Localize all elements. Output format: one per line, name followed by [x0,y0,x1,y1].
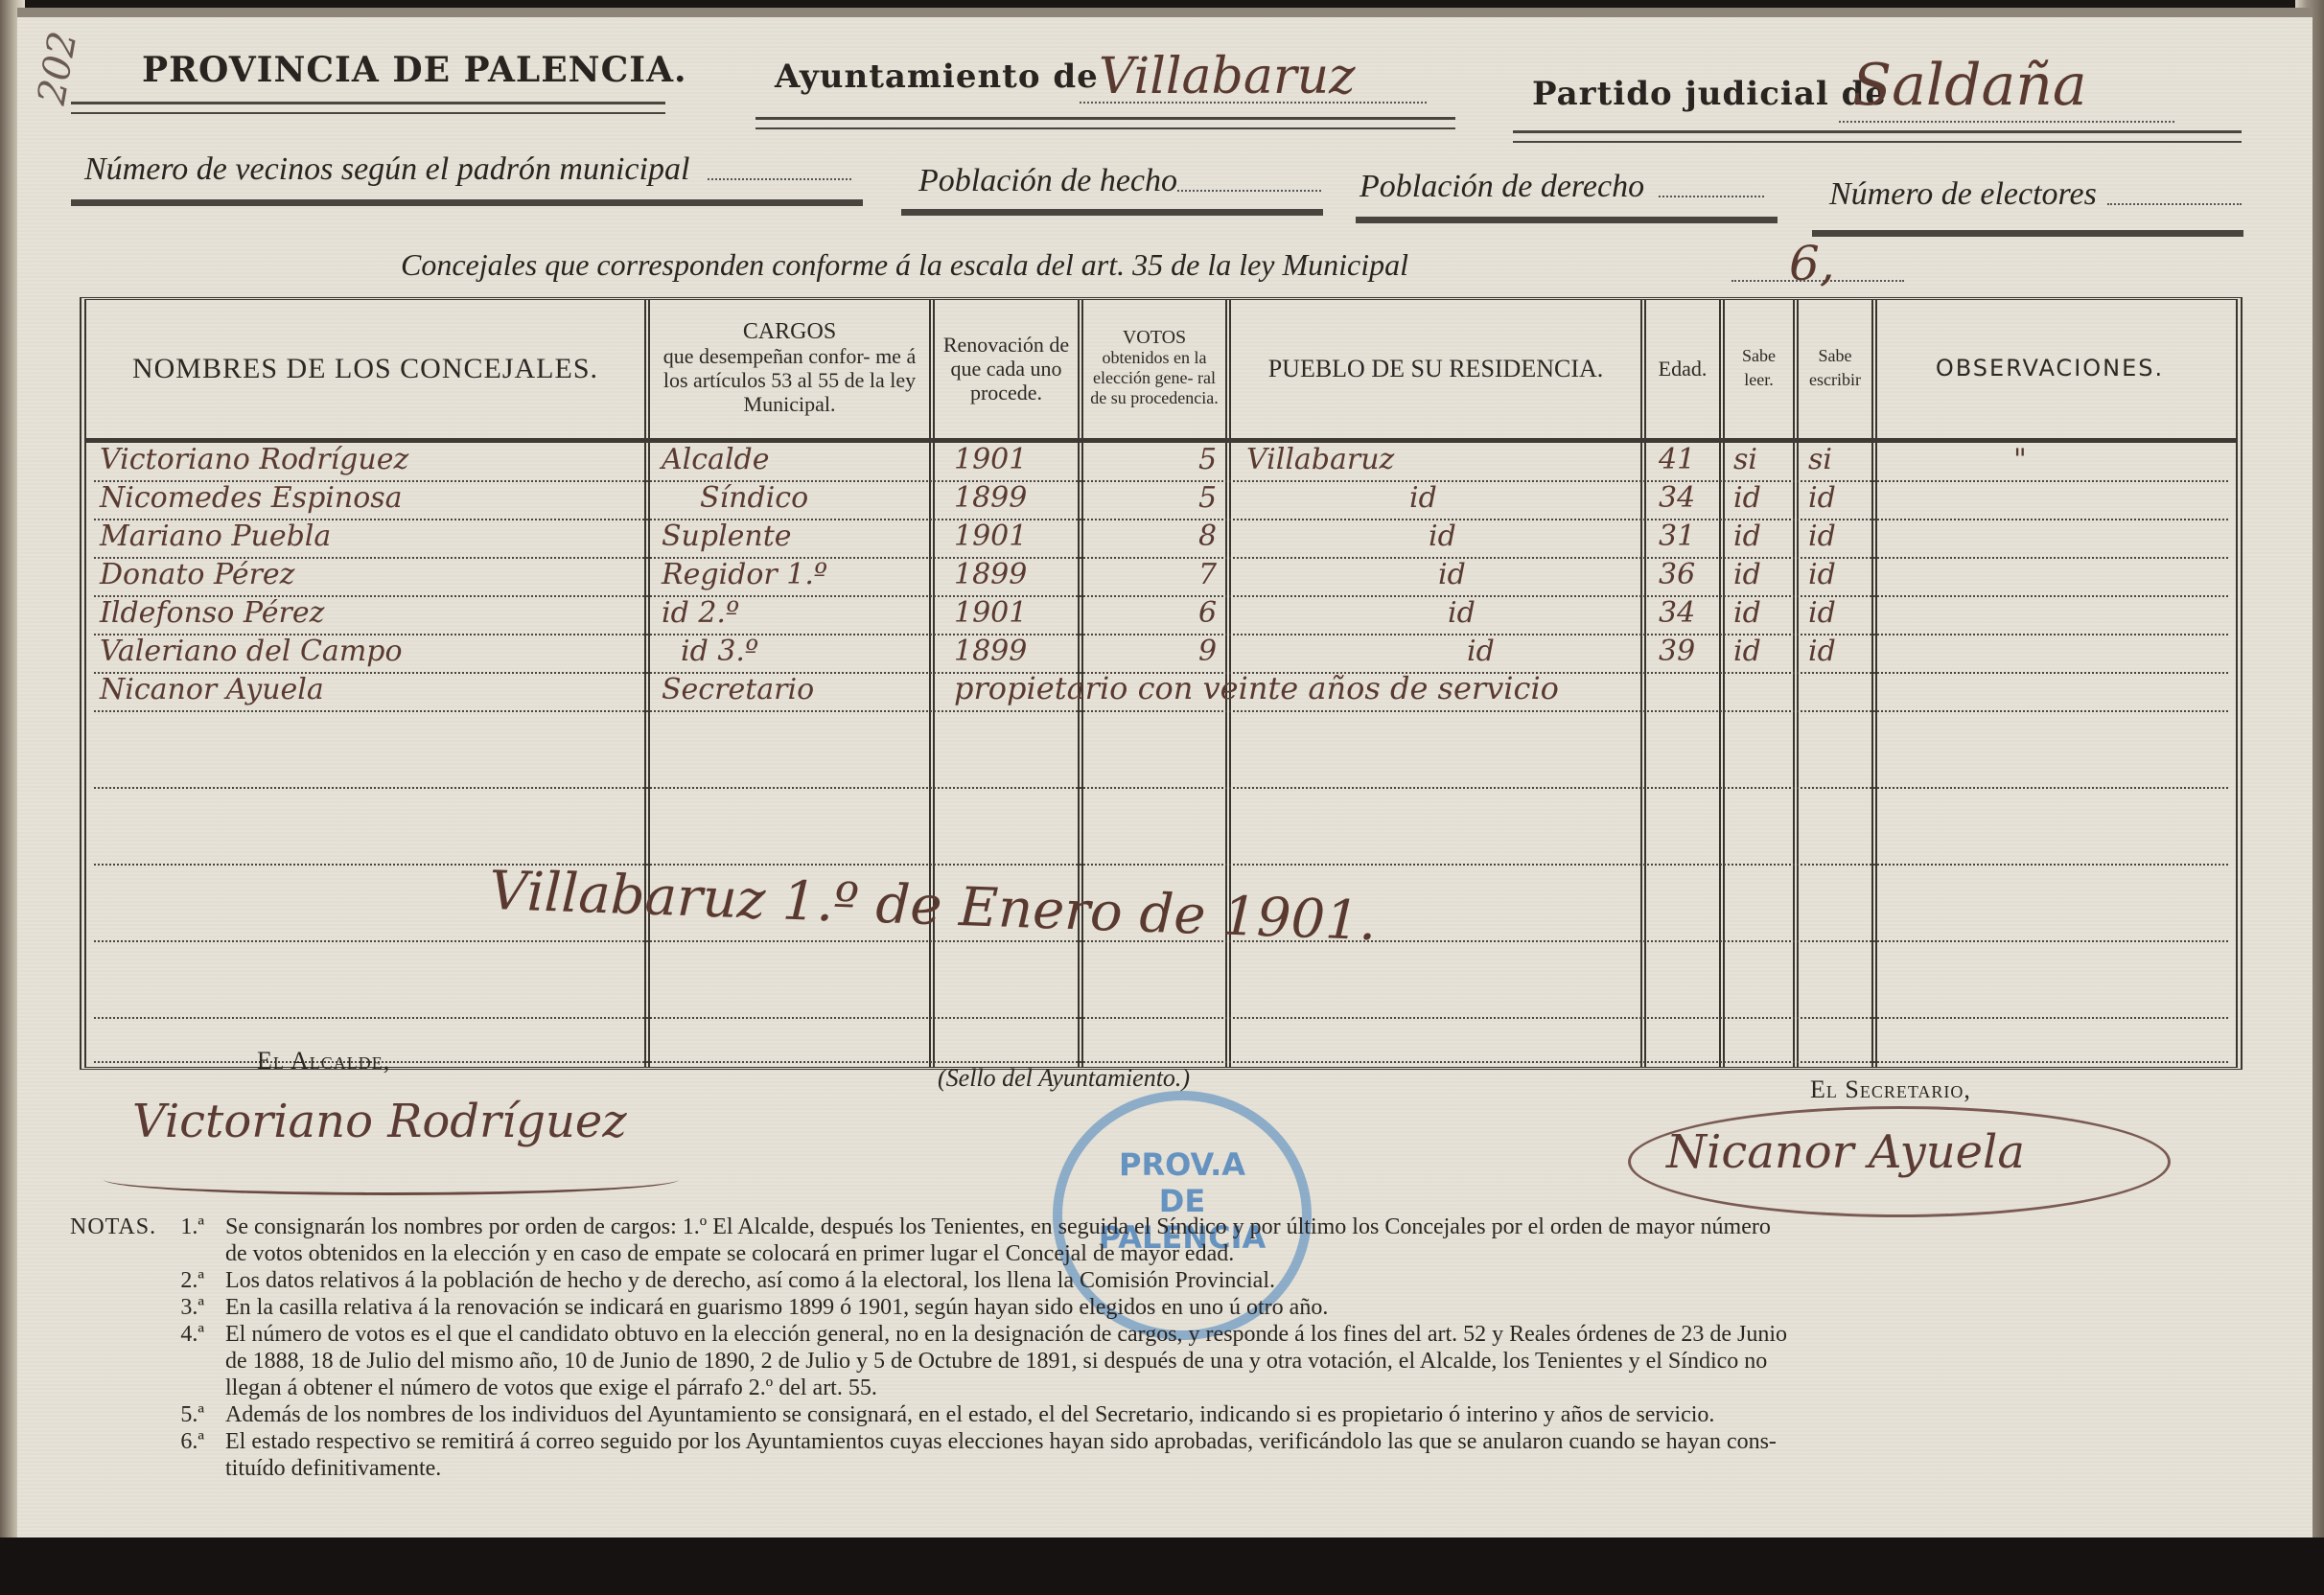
table-row-empty[interactable] [86,751,2236,789]
cell-name: Nicanor Ayuela [100,673,324,706]
cell-name: Valeriano del Campo [100,635,403,668]
cell-pueblo: id [1448,596,1476,630]
cell-pueblo: Villabaruz [1246,443,1394,476]
header-cargos-title: CARGOS [743,320,836,344]
header-pueblo: PUEBLO DE SU RESIDENCIA. [1231,300,1640,436]
electores-field[interactable] [2107,203,2242,205]
concejales-field: 6, [1731,280,1904,282]
note-text: Se consignarán los nombres por orden de … [225,1214,2266,1240]
header-edad: Edad. [1646,300,1719,436]
cell-votos: 7 [1198,558,1217,591]
cell-edad: 34 [1659,596,1695,630]
note-item: 5.ªAdemás de los nombres de los individu… [70,1401,2266,1428]
cell-leer: id [1733,596,1761,630]
header-cargos-sub: que desempeñan confor- me á los artículo… [650,344,929,416]
cell-leer: id [1733,635,1761,668]
cell-escribir: id [1808,635,1836,668]
concejales-value: 6, [1789,236,1835,291]
margin-folio-note: 202 [30,28,86,107]
population-rule [1356,217,1778,223]
concejales-label: Concejales que corresponden conforme á l… [401,247,1408,283]
cell-pueblo: id [1429,520,1456,553]
header-names: NOMBRES DE LOS CONCEJALES. [86,300,644,436]
note-text: Además de los nombres de los individuos … [225,1401,2266,1428]
population-rule [901,209,1323,216]
cell-votos: 5 [1198,481,1217,515]
note-item: 3.ªEn la casilla relativa á la renovació… [70,1294,2266,1321]
note-text: El número de votos es el que el candidat… [225,1321,2266,1348]
note-item: 6.ªEl estado respectivo se remitirá á co… [70,1428,2266,1455]
header-rule [1513,130,2242,143]
note-number: 2.ª [70,1267,225,1294]
header-escribir: Sabe escribir [1799,300,1871,436]
cell-obs: " [2013,443,2027,476]
cell-escribir: id [1808,481,1836,515]
note-text-continued: de votos obtenidos en la elección y en c… [70,1240,2266,1267]
cell-leer: si [1733,443,1757,476]
electores-label: Número de electores [1829,176,2097,213]
cell-edad: 34 [1659,481,1695,515]
cell-cargo: Suplente [662,520,792,553]
header-rule [71,102,665,114]
cell-name: Ildefonso Pérez [100,596,324,630]
note-number: 3.ª [70,1294,225,1321]
row-dotted-line [94,710,2228,712]
table-row-empty[interactable] [86,827,2236,866]
cell-votos: 9 [1198,635,1217,668]
cell-escribir: si [1808,443,1832,476]
population-rule [71,199,863,206]
secretario-signature: Nicanor Ayuela [1666,1125,2025,1179]
header-votos-title: VOTOS [1123,328,1186,348]
alcalde-label: El Alcalde, [257,1047,390,1075]
note-item: 4.ªEl número de votos es el que el candi… [70,1321,2266,1348]
ayuntamiento-field: Villabaruz [1080,67,1427,104]
table-row[interactable]: Ildefonso Pérez id 2.º 1901 6 id 34 id i… [86,597,2236,636]
header-cargos: CARGOS que desempeñan confor- me á los a… [650,300,929,436]
note-text-continued: llegan á obtener el número de votos que … [70,1375,2266,1401]
table-row[interactable]: Nicomedes Espinosa Síndico 1899 5 id 34 … [86,482,2236,520]
cell-pueblo: id [1467,635,1495,668]
cell-renovacion: 1899 [954,635,1027,668]
cell-edad: 31 [1659,520,1695,553]
ayuntamiento-label: Ayuntamiento de [775,58,1099,96]
note-item: 2.ªLos datos relativos á la población de… [70,1267,2266,1294]
cell-pueblo: id [1438,558,1466,591]
table-header-rule [86,438,2236,443]
cell-cargo: Secretario [662,673,814,706]
secretary-note: propietario con veinte años de servicio [954,670,1559,706]
row-dotted-line [94,1017,2228,1019]
cell-edad: 39 [1659,635,1695,668]
cell-name: Donato Pérez [100,558,294,591]
cell-escribir: id [1808,558,1836,591]
cell-votos: 6 [1198,596,1217,630]
note-number: 5.ª [70,1401,225,1428]
vecinos-field[interactable] [708,178,851,180]
header-leer: Sabe leer. [1725,300,1793,436]
cell-cargo: Síndico [700,481,808,515]
table-row[interactable]: Valeriano del Campo id 3.º 1899 9 id 39 … [86,636,2236,674]
derecho-field[interactable] [1659,196,1764,197]
partido-field: Saldaña [1839,84,2174,123]
cell-renovacion: 1899 [954,558,1027,591]
alcalde-signature: Victoriano Rodríguez [132,1095,627,1148]
table-row[interactable]: Nicanor Ayuela Secretario propietario co… [86,674,2236,712]
stamp-line: PROV.A [1062,1146,1302,1183]
cell-escribir: id [1808,520,1836,553]
cell-renovacion: 1901 [954,443,1027,476]
header-rule [755,117,1455,129]
derecho-label: Población de derecho [1360,169,1644,205]
note-text: Los datos relativos á la población de he… [225,1267,2266,1294]
cell-renovacion: 1901 [954,520,1027,553]
note-text-continued: de 1888, 18 de Julio del mismo año, 10 d… [70,1348,2266,1375]
partido-value: Saldaña [1852,52,2087,119]
sello-label: (Sello del Ayuntamiento.) [938,1064,1190,1093]
cell-name: Nicomedes Espinosa [100,481,403,515]
cell-leer: id [1733,558,1761,591]
notes-section: NOTAS. 1.ªSe consignarán los nombres por… [70,1214,2266,1482]
cell-edad: 41 [1659,443,1695,476]
header-votos-sub: obtenidos en la elección gene- ral de su… [1083,348,1225,408]
cell-escribir: id [1808,596,1836,630]
ayuntamiento-value: Villabaruz [1099,48,1356,105]
note-text-continued: tituído definitivamente. [70,1455,2266,1482]
document-page: 202 PROVINCIA DE PALENCIA. Ayuntamiento … [17,8,2312,1551]
note-item: 1.ªSe consignarán los nombres por orden … [70,1214,2266,1240]
table-row[interactable]: Victoriano Rodríguez Alcalde 1901 5 Vill… [86,444,2236,482]
row-dotted-line [94,787,2228,789]
cell-votos: 5 [1198,443,1217,476]
hecho-field[interactable] [1177,190,1321,192]
notes-title: NOTAS. [70,1214,156,1240]
concejales-table: NOMBRES DE LOS CONCEJALES. CARGOS que de… [80,297,2243,1070]
partido-label: Partido judicial de [1532,75,1887,113]
cell-edad: 36 [1659,558,1695,591]
secretario-label: El Secretario, [1810,1075,1971,1104]
row-dotted-line [94,1061,2228,1063]
cell-cargo: id 3.º [681,635,758,668]
scan-background [0,1537,2324,1595]
note-text: El estado respectivo se remitirá á corre… [225,1428,2266,1455]
province-title: PROVINCIA DE PALENCIA. [142,50,687,90]
note-number: 6.ª [70,1428,225,1455]
table-row-empty[interactable] [86,1025,2236,1063]
table-row-empty[interactable] [86,981,2236,1019]
header-votos: VOTOS obtenidos en la elección gene- ral… [1083,300,1225,436]
cell-pueblo: id [1409,481,1437,515]
cell-leer: id [1733,481,1761,515]
cell-renovacion: 1901 [954,596,1027,630]
cell-cargo: Regidor 1.º [662,558,827,591]
cell-renovacion: 1899 [954,481,1027,515]
cell-leer: id [1733,520,1761,553]
table-row[interactable]: Donato Pérez Regidor 1.º 1899 7 id 36 id… [86,559,2236,597]
population-rule [1812,230,2243,237]
row-dotted-line [94,864,2228,866]
cell-name: Victoriano Rodríguez [100,443,408,476]
header-observaciones: OBSERVACIONES. [1877,300,2222,436]
note-number: 4.ª [70,1321,225,1348]
alcalde-rubric [104,1164,679,1195]
hecho-label: Población de hecho [918,163,1177,199]
cell-name: Mariano Puebla [100,520,331,553]
vecinos-label: Número de vecinos según el padrón munici… [84,151,689,188]
table-row[interactable]: Mariano Puebla Suplente 1901 8 id 31 id … [86,520,2236,559]
cell-cargo: Alcalde [662,443,770,476]
note-text: En la casilla relativa á la renovación s… [225,1294,2266,1321]
header-renovacion: Renovación de que cada uno procede. [935,300,1078,436]
cell-cargo: id 2.º [662,596,739,630]
cell-votos: 8 [1198,520,1217,553]
